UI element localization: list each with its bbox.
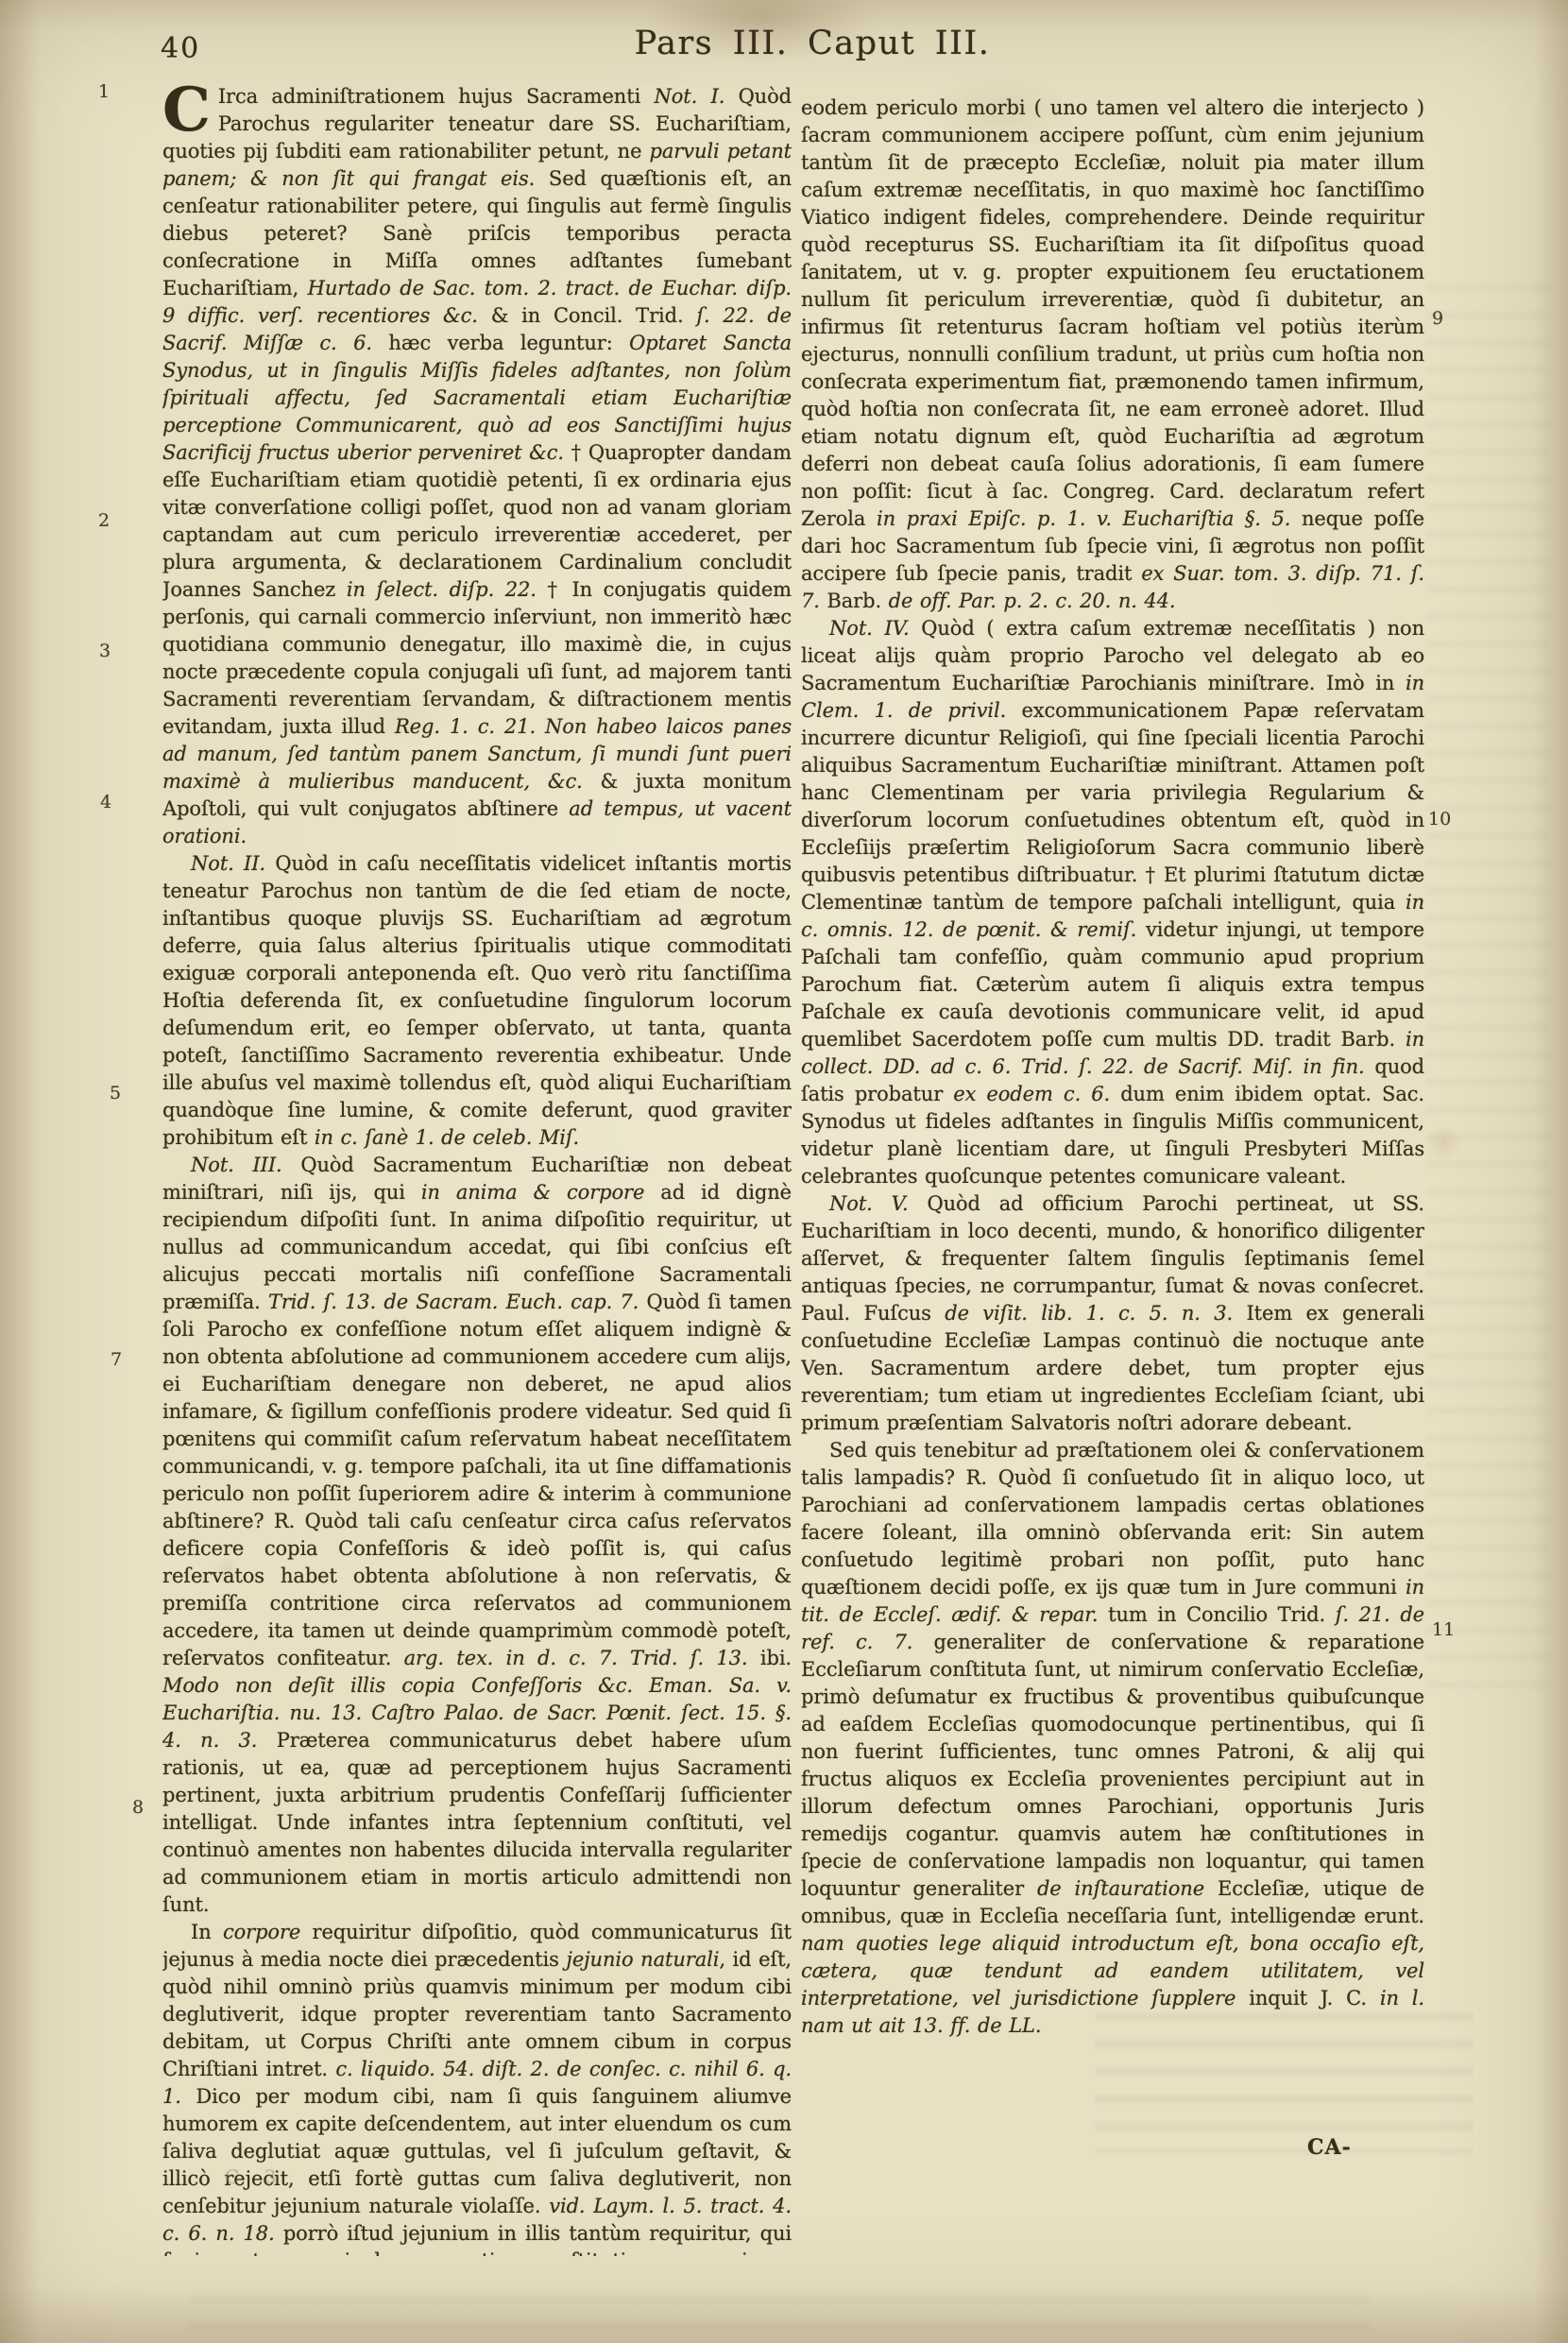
text-column-left: CIrca adminiſtrationem hujus Sacramenti … <box>162 83 792 2256</box>
paragraph: In corpore requiritur diſpoſitio, quòd c… <box>162 1919 792 2256</box>
catchword: CA- <box>1307 2135 1402 2160</box>
paragraph: Not. II. Quòd in caſu neceſſitatis videl… <box>162 850 792 1152</box>
drop-cap-letter: C <box>162 83 218 135</box>
paragraph-number: 5 <box>110 1083 121 1103</box>
paragraph-number: 1 <box>98 81 110 102</box>
paragraph-number: 8 <box>132 1797 144 1818</box>
paragraph-number: 9 <box>1432 308 1443 329</box>
text-column-right: eodem periculo morbi ( uno tamen vel alt… <box>801 94 1424 2201</box>
book-page-scan: { "page": { "number": "40", "running_hea… <box>0 0 1568 2343</box>
paragraph-number: 4 <box>100 792 111 812</box>
paragraph-number: 2 <box>98 510 110 531</box>
paragraph: Not. V. Quòd ad officium Parochi pertine… <box>801 1190 1424 1437</box>
paragraph-number: 7 <box>111 1349 122 1370</box>
paragraph: Not. IV. Quòd ( extra caſum extremæ nece… <box>801 615 1424 1190</box>
signature-mark: C 3 <box>225 2165 285 2188</box>
paragraph: Not. III. Quòd Sacramentum Euchariſtiæ n… <box>162 1152 792 1919</box>
paragraph-number: 3 <box>99 641 111 661</box>
paragraph: eodem periculo morbi ( uno tamen vel alt… <box>801 94 1424 615</box>
running-head: Pars III. Caput III. <box>623 25 1001 62</box>
paragraph-number: 10 <box>1428 809 1451 829</box>
paragraph: CIrca adminiſtrationem hujus Sacramenti … <box>162 83 792 850</box>
page-number: 40 <box>161 32 200 65</box>
paragraph-number: 11 <box>1432 1619 1455 1640</box>
paragraph: Sed quis tenebitur ad præſtationem olei … <box>801 1437 1424 2040</box>
